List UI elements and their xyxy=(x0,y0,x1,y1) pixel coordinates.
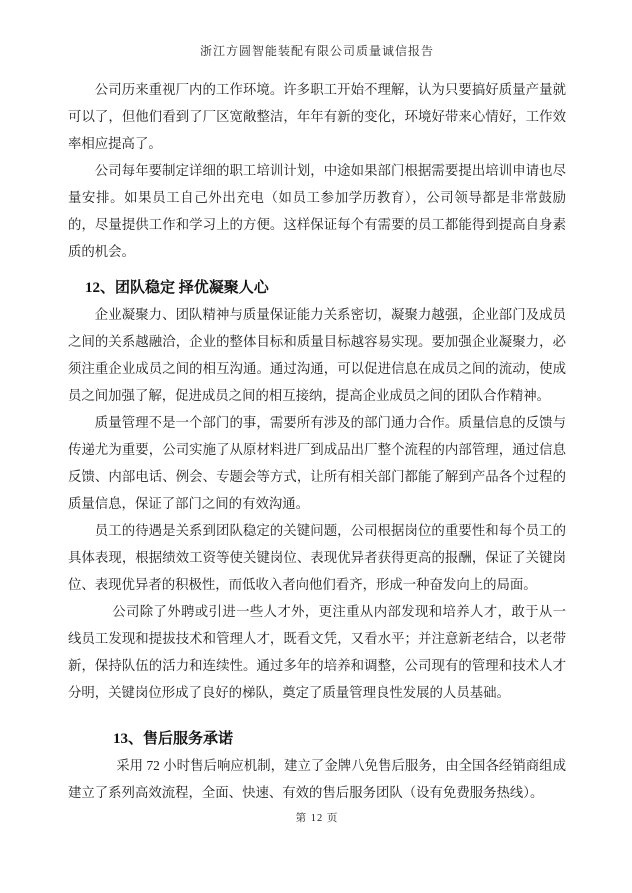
document-header-title: 浙江方圆智能装配有限公司质量诚信报告 xyxy=(68,44,566,59)
document-page: 浙江方圆智能装配有限公司质量诚信报告 公司历来重视厂内的工作环境。许多职工开始不… xyxy=(0,0,632,893)
paragraph-quality-information-feedback: 质量管理不是一个部门的事，需要所有涉及的部门通力合作。质量信息的反馈与传递尤为重… xyxy=(68,409,566,517)
section-heading-13-after-sales: 13、售后服务承诺 xyxy=(68,726,566,752)
section-heading-12-team-stability: 12、团队稳定 择优凝聚人心 xyxy=(68,275,566,301)
paragraph-talent-cultivation: 公司除了外聘或引进一些人才外，更注重从内部发现和培养人才，敢于从一线员工发现和提… xyxy=(68,598,566,706)
paragraph-training-plan: 公司每年要制定详细的职工培训计划，中途如果部门根据需要提出培训申请也尽量安排。如… xyxy=(68,157,566,265)
paragraph-work-environment: 公司历来重视厂内的工作环境。许多职工开始不理解，认为只要搞好质量产量就可以了，但… xyxy=(68,76,566,157)
paragraph-after-sales-service: 采用 72 小时售后响应机制，建立了金牌八免售后服务，由全国各经销商组成建立了系… xyxy=(68,752,566,806)
paragraph-employee-compensation: 员工的待遇是关系到团队稳定的关键问题，公司根据岗位的重要性和每个员工的具体表现，… xyxy=(68,517,566,598)
paragraph-enterprise-cohesion: 企业凝聚力、团队精神与质量保证能力关系密切，凝聚力越强，企业部门及成员之间的关系… xyxy=(68,301,566,409)
page-number-footer: 第 12 页 xyxy=(68,812,566,826)
